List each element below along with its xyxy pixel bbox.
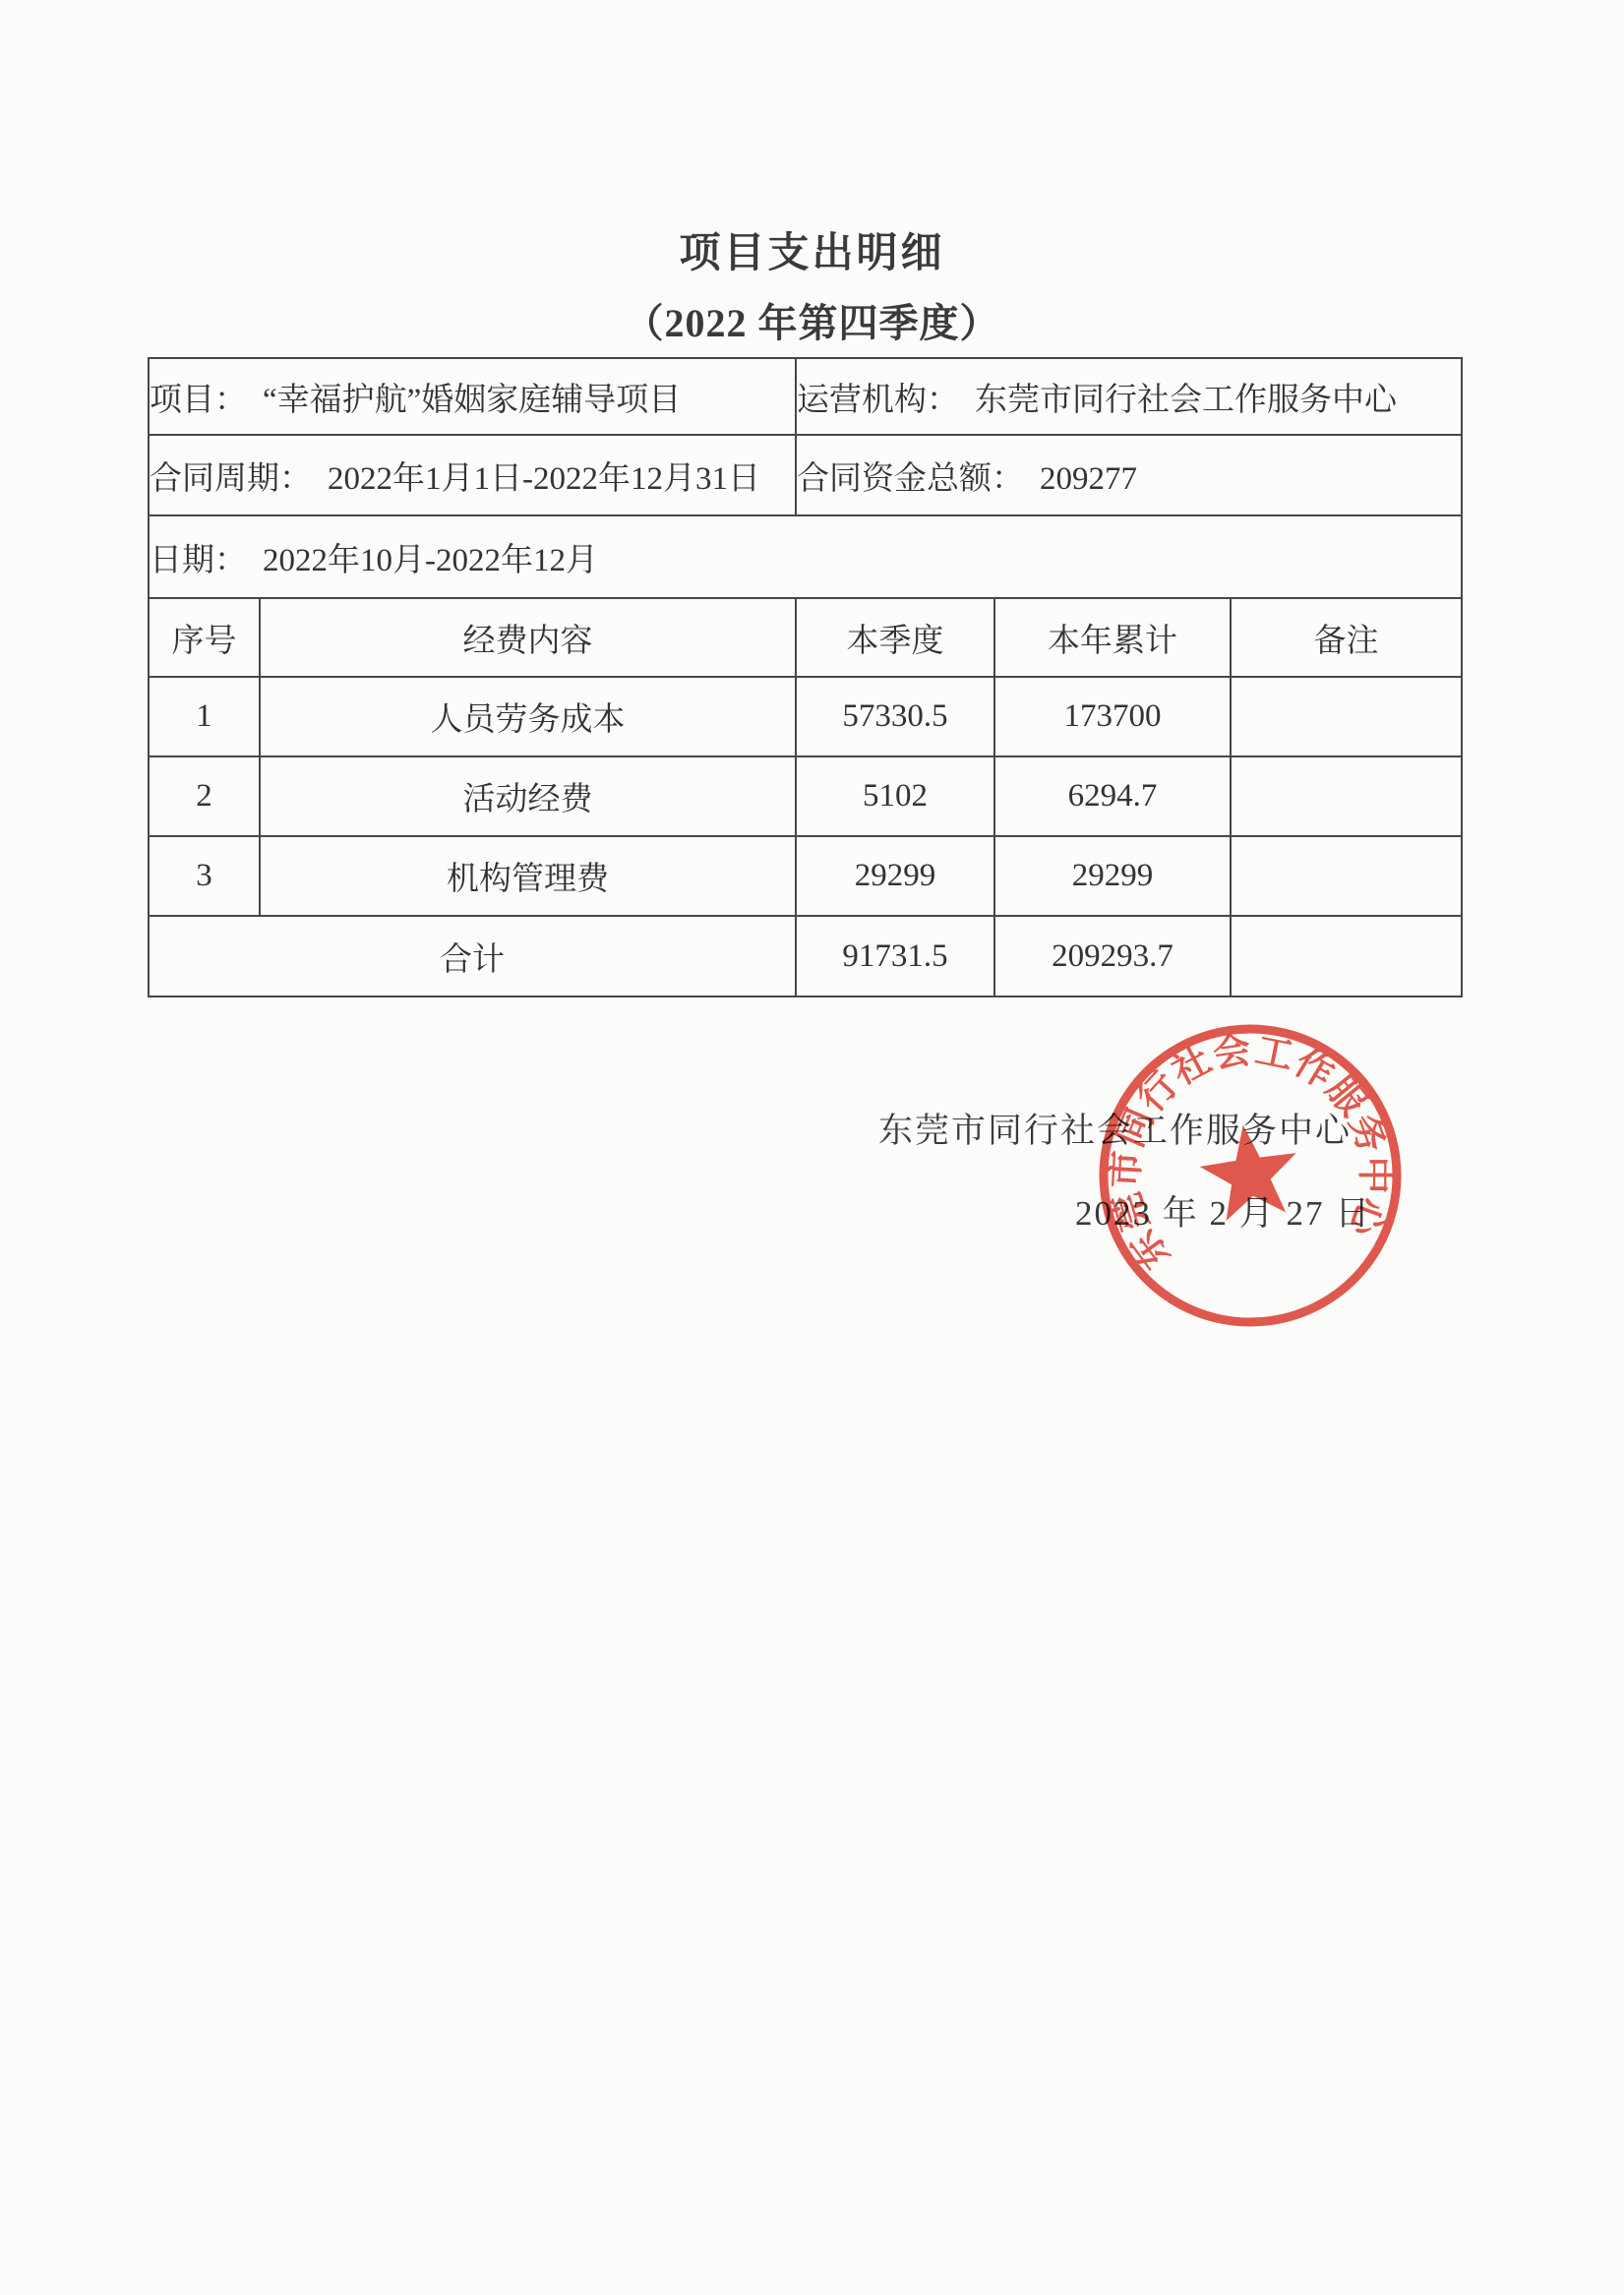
row-quarter: 29299: [796, 836, 994, 916]
row-item: 机构管理费: [260, 836, 796, 916]
row-year-total: 29299: [994, 836, 1231, 916]
page-title: 项目支出明细: [0, 220, 1624, 279]
row-no: 2: [149, 756, 260, 836]
contract-period-cell: 合同周期：2022年1月1日-2022年12月31日: [149, 435, 796, 515]
contract-period-label: 合同周期：: [150, 461, 312, 497]
row-no: 3: [149, 836, 260, 916]
header-item: 经费内容: [260, 598, 796, 677]
project-cell: 项目：“幸福护航”婚姻家庭辅导项目: [149, 358, 796, 435]
info-row-date: 日期：2022年10月-2022年12月: [149, 515, 1462, 598]
date-cell: 日期：2022年10月-2022年12月: [149, 515, 1462, 598]
info-row-project: 项目：“幸福护航”婚姻家庭辅导项目 运营机构：东莞市同行社会工作服务中心: [149, 358, 1462, 435]
header-note: 备注: [1231, 598, 1462, 677]
row-no: 1: [149, 677, 260, 756]
project-label: 项目：: [150, 383, 247, 418]
row-item: 活动经费: [260, 756, 796, 836]
row-note: [1231, 836, 1462, 916]
table-header-row: 序号 经费内容 本季度 本年累计 备注: [149, 598, 1462, 677]
contract-fund-cell: 合同资金总额：209277: [796, 435, 1462, 515]
total-label: 合计: [149, 916, 796, 997]
table-row: 1 人员劳务成本 57330.5 173700: [149, 677, 1462, 756]
row-quarter: 5102: [796, 756, 994, 836]
date-label: 日期：: [150, 543, 247, 578]
header-quarter: 本季度: [796, 598, 994, 677]
table-row: 2 活动经费 5102 6294.7: [149, 756, 1462, 836]
official-stamp: 东莞市同行社会工作服务中心: [1083, 1008, 1417, 1343]
contract-fund-label: 合同资金总额：: [797, 461, 1024, 497]
row-note: [1231, 677, 1462, 756]
operator-value: 东莞市同行社会工作服务中心: [975, 383, 1397, 418]
header-no: 序号: [149, 598, 260, 677]
contract-fund-value: 209277: [1040, 461, 1137, 497]
operator-label: 运营机构：: [797, 383, 959, 418]
row-year-total: 173700: [994, 677, 1231, 756]
document-page: 项目支出明细 （2022 年第四季度） 项目：“幸福护航”婚姻家庭辅导项目 运营…: [0, 0, 1624, 2295]
total-quarter: 91731.5: [796, 916, 994, 997]
contract-period-value: 2022年1月1日-2022年12月31日: [328, 461, 760, 497]
row-quarter: 57330.5: [796, 677, 994, 756]
stamp-star-icon: [1195, 1118, 1304, 1224]
total-year-total: 209293.7: [994, 916, 1231, 997]
project-value: “幸福护航”婚姻家庭辅导项目: [263, 383, 681, 418]
row-item: 人员劳务成本: [260, 677, 796, 756]
total-row: 合计 91731.5 209293.7: [149, 916, 1462, 997]
row-year-total: 6294.7: [994, 756, 1231, 836]
operator-cell: 运营机构：东莞市同行社会工作服务中心: [796, 358, 1462, 435]
page-subtitle: （2022 年第四季度）: [0, 292, 1624, 348]
info-row-contract: 合同周期：2022年1月1日-2022年12月31日 合同资金总额：209277: [149, 435, 1462, 515]
row-note: [1231, 756, 1462, 836]
expense-table: 项目：“幸福护航”婚姻家庭辅导项目 运营机构：东莞市同行社会工作服务中心 合同周…: [148, 357, 1463, 997]
table-row: 3 机构管理费 29299 29299: [149, 836, 1462, 916]
total-note: [1231, 916, 1462, 997]
date-value: 2022年10月-2022年12月: [263, 543, 598, 578]
header-year-total: 本年累计: [994, 598, 1231, 677]
